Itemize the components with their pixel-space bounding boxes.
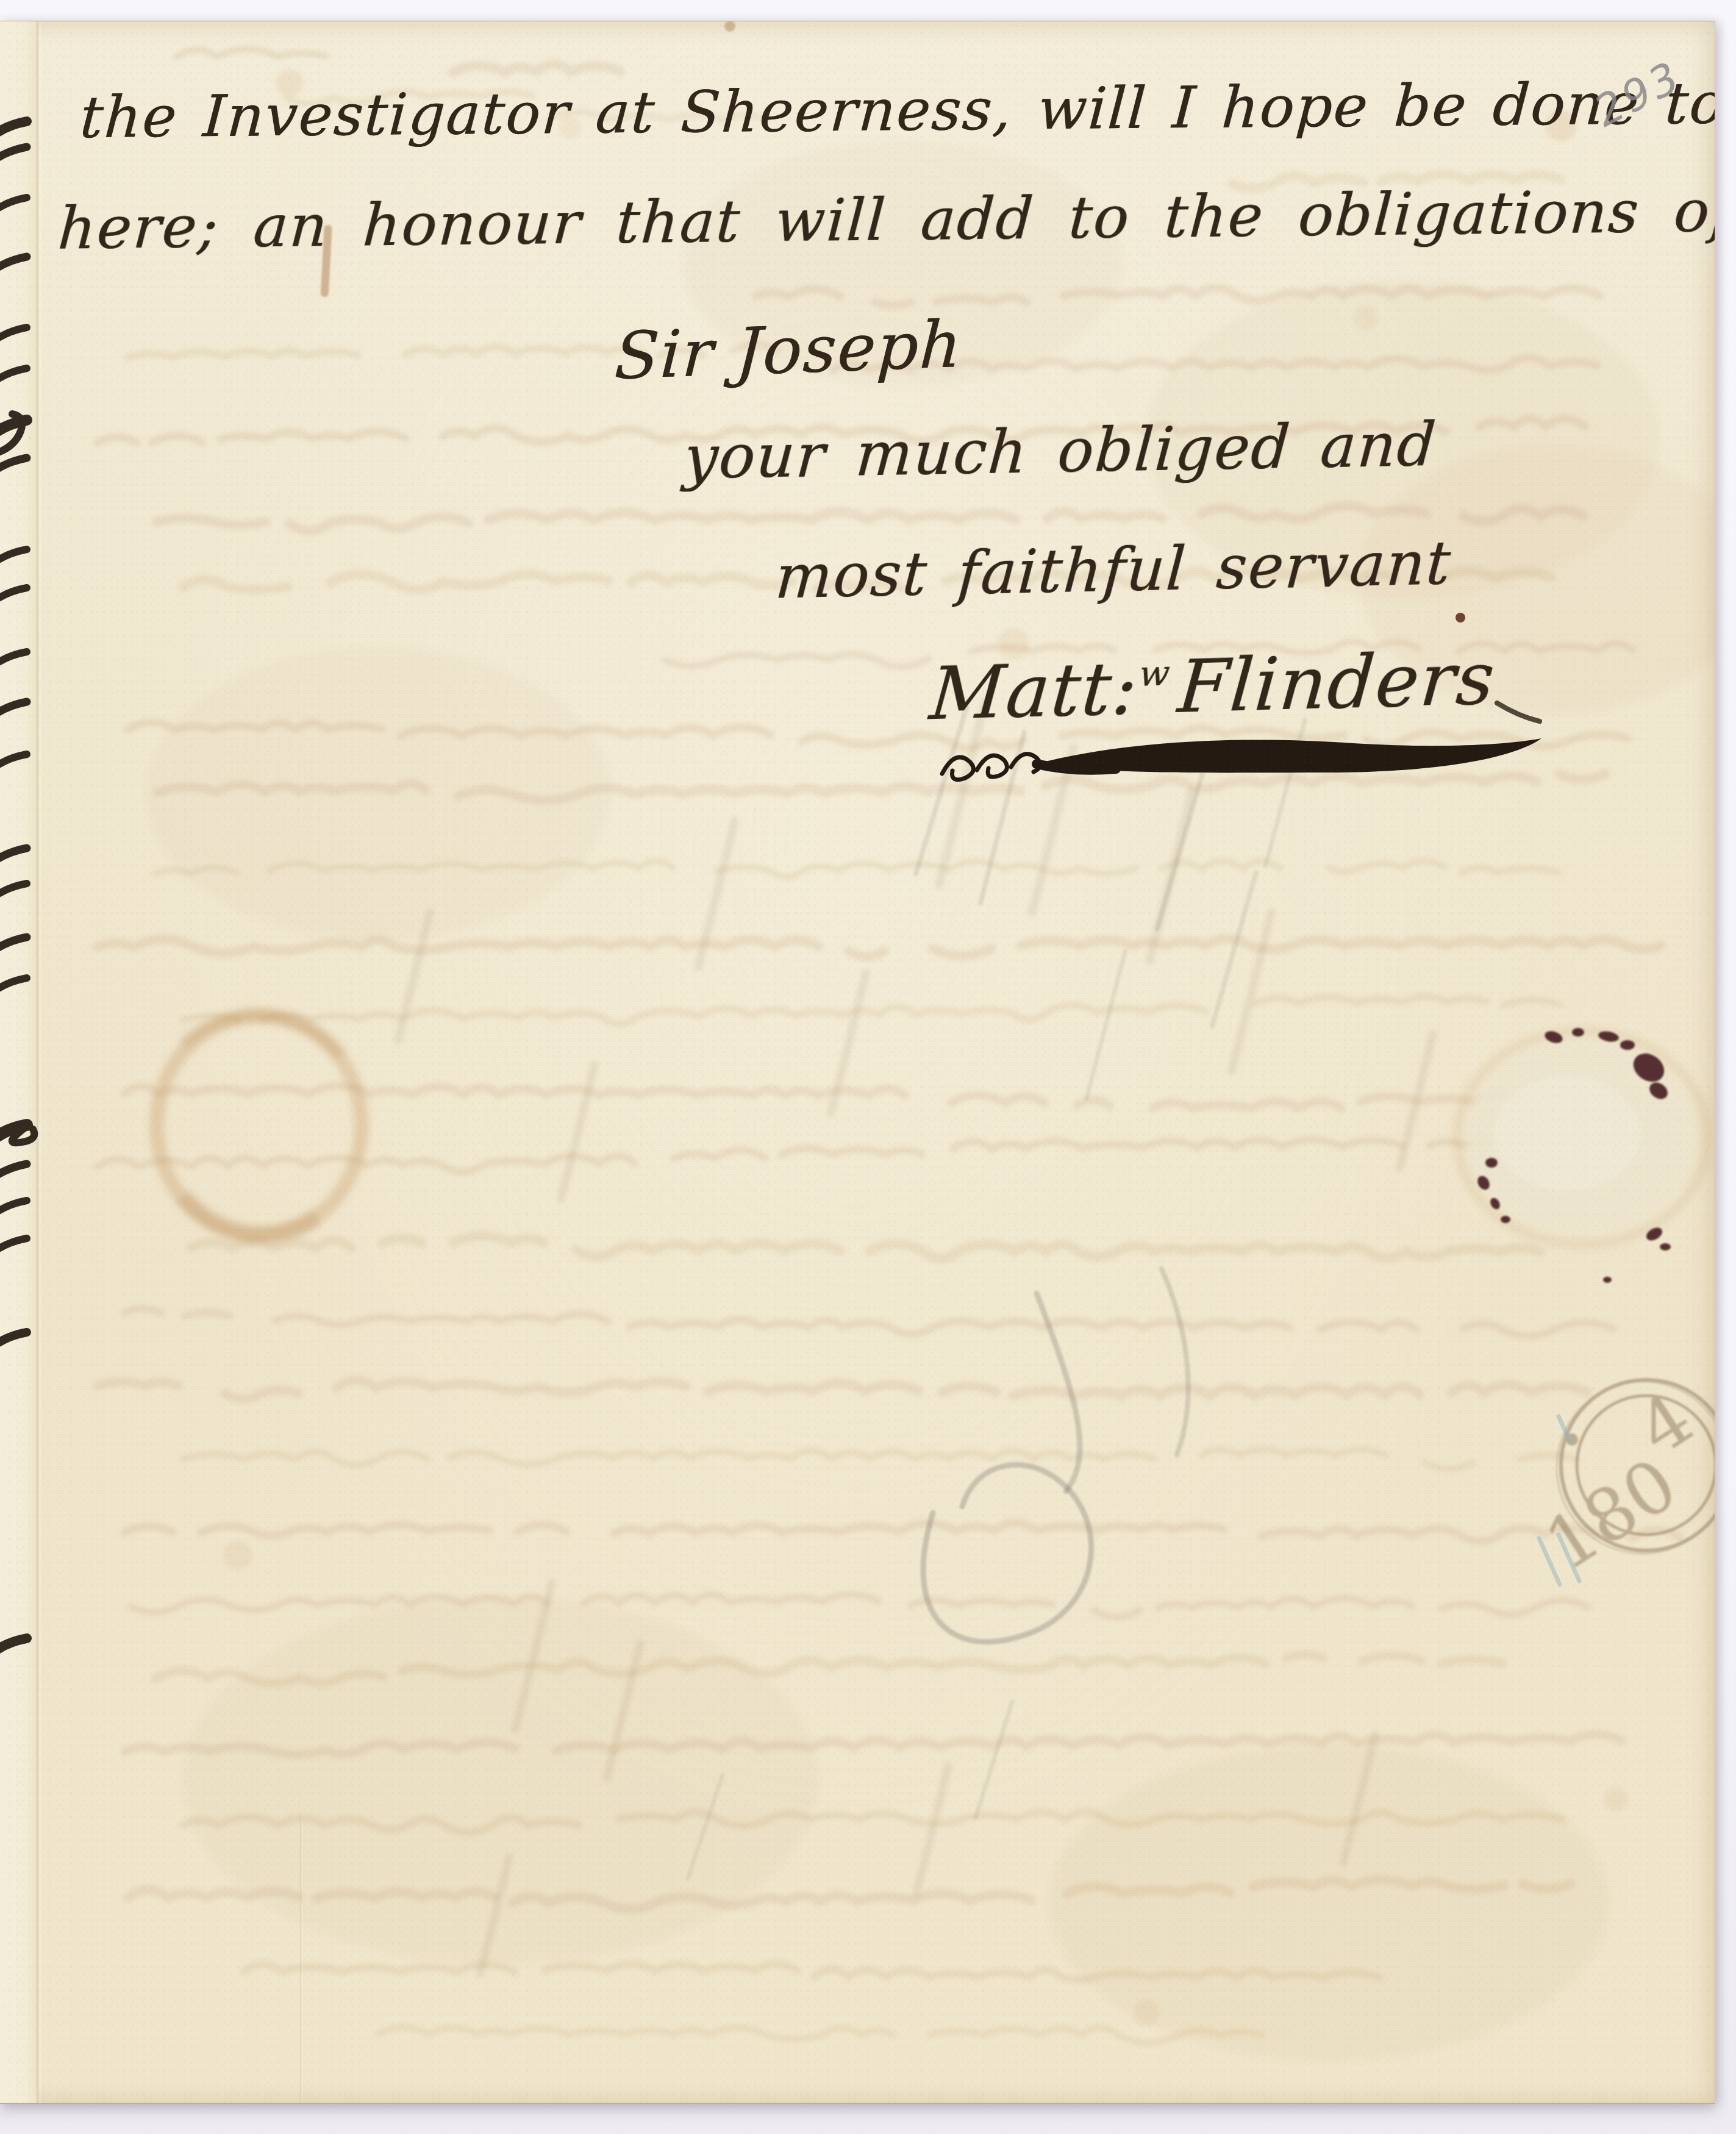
signature-line: Matt:wFlinders (927, 636, 1498, 737)
postmark-digits: 180 (1531, 1442, 1691, 1587)
pencil-scrawl-layer (688, 708, 1305, 1879)
postmark-stamp: 4 180 (1531, 1376, 1715, 1587)
previous-page-edge (0, 21, 38, 2103)
seal-stain (1457, 1028, 1707, 1283)
signature-first: Matt (927, 646, 1115, 737)
postmark-numeral: 4 (1623, 1376, 1707, 1472)
ring-stain (157, 1015, 362, 1235)
signature-surname: Flinders (1175, 636, 1499, 730)
blue-ink-mark (1539, 1416, 1579, 1585)
valediction-line-2: most faithful servant (773, 529, 1454, 613)
letter-line-1: the Investigator at Sheerness, will I ho… (78, 70, 1715, 151)
scan-background: 4 180 (0, 0, 1736, 2134)
signature-superscript: w (1138, 652, 1173, 695)
letter-line-2: here; an honour that will add to the obl… (56, 177, 1715, 263)
fold-crease-bottom (300, 1814, 302, 2103)
fold-crease (37, 21, 41, 2103)
valediction-line-1: your much obliged and (682, 410, 1439, 493)
letter-page: 4 180 (0, 21, 1715, 2104)
seal-specks (1475, 1028, 1671, 1283)
salutation-line: Sir Joseph (613, 307, 965, 394)
